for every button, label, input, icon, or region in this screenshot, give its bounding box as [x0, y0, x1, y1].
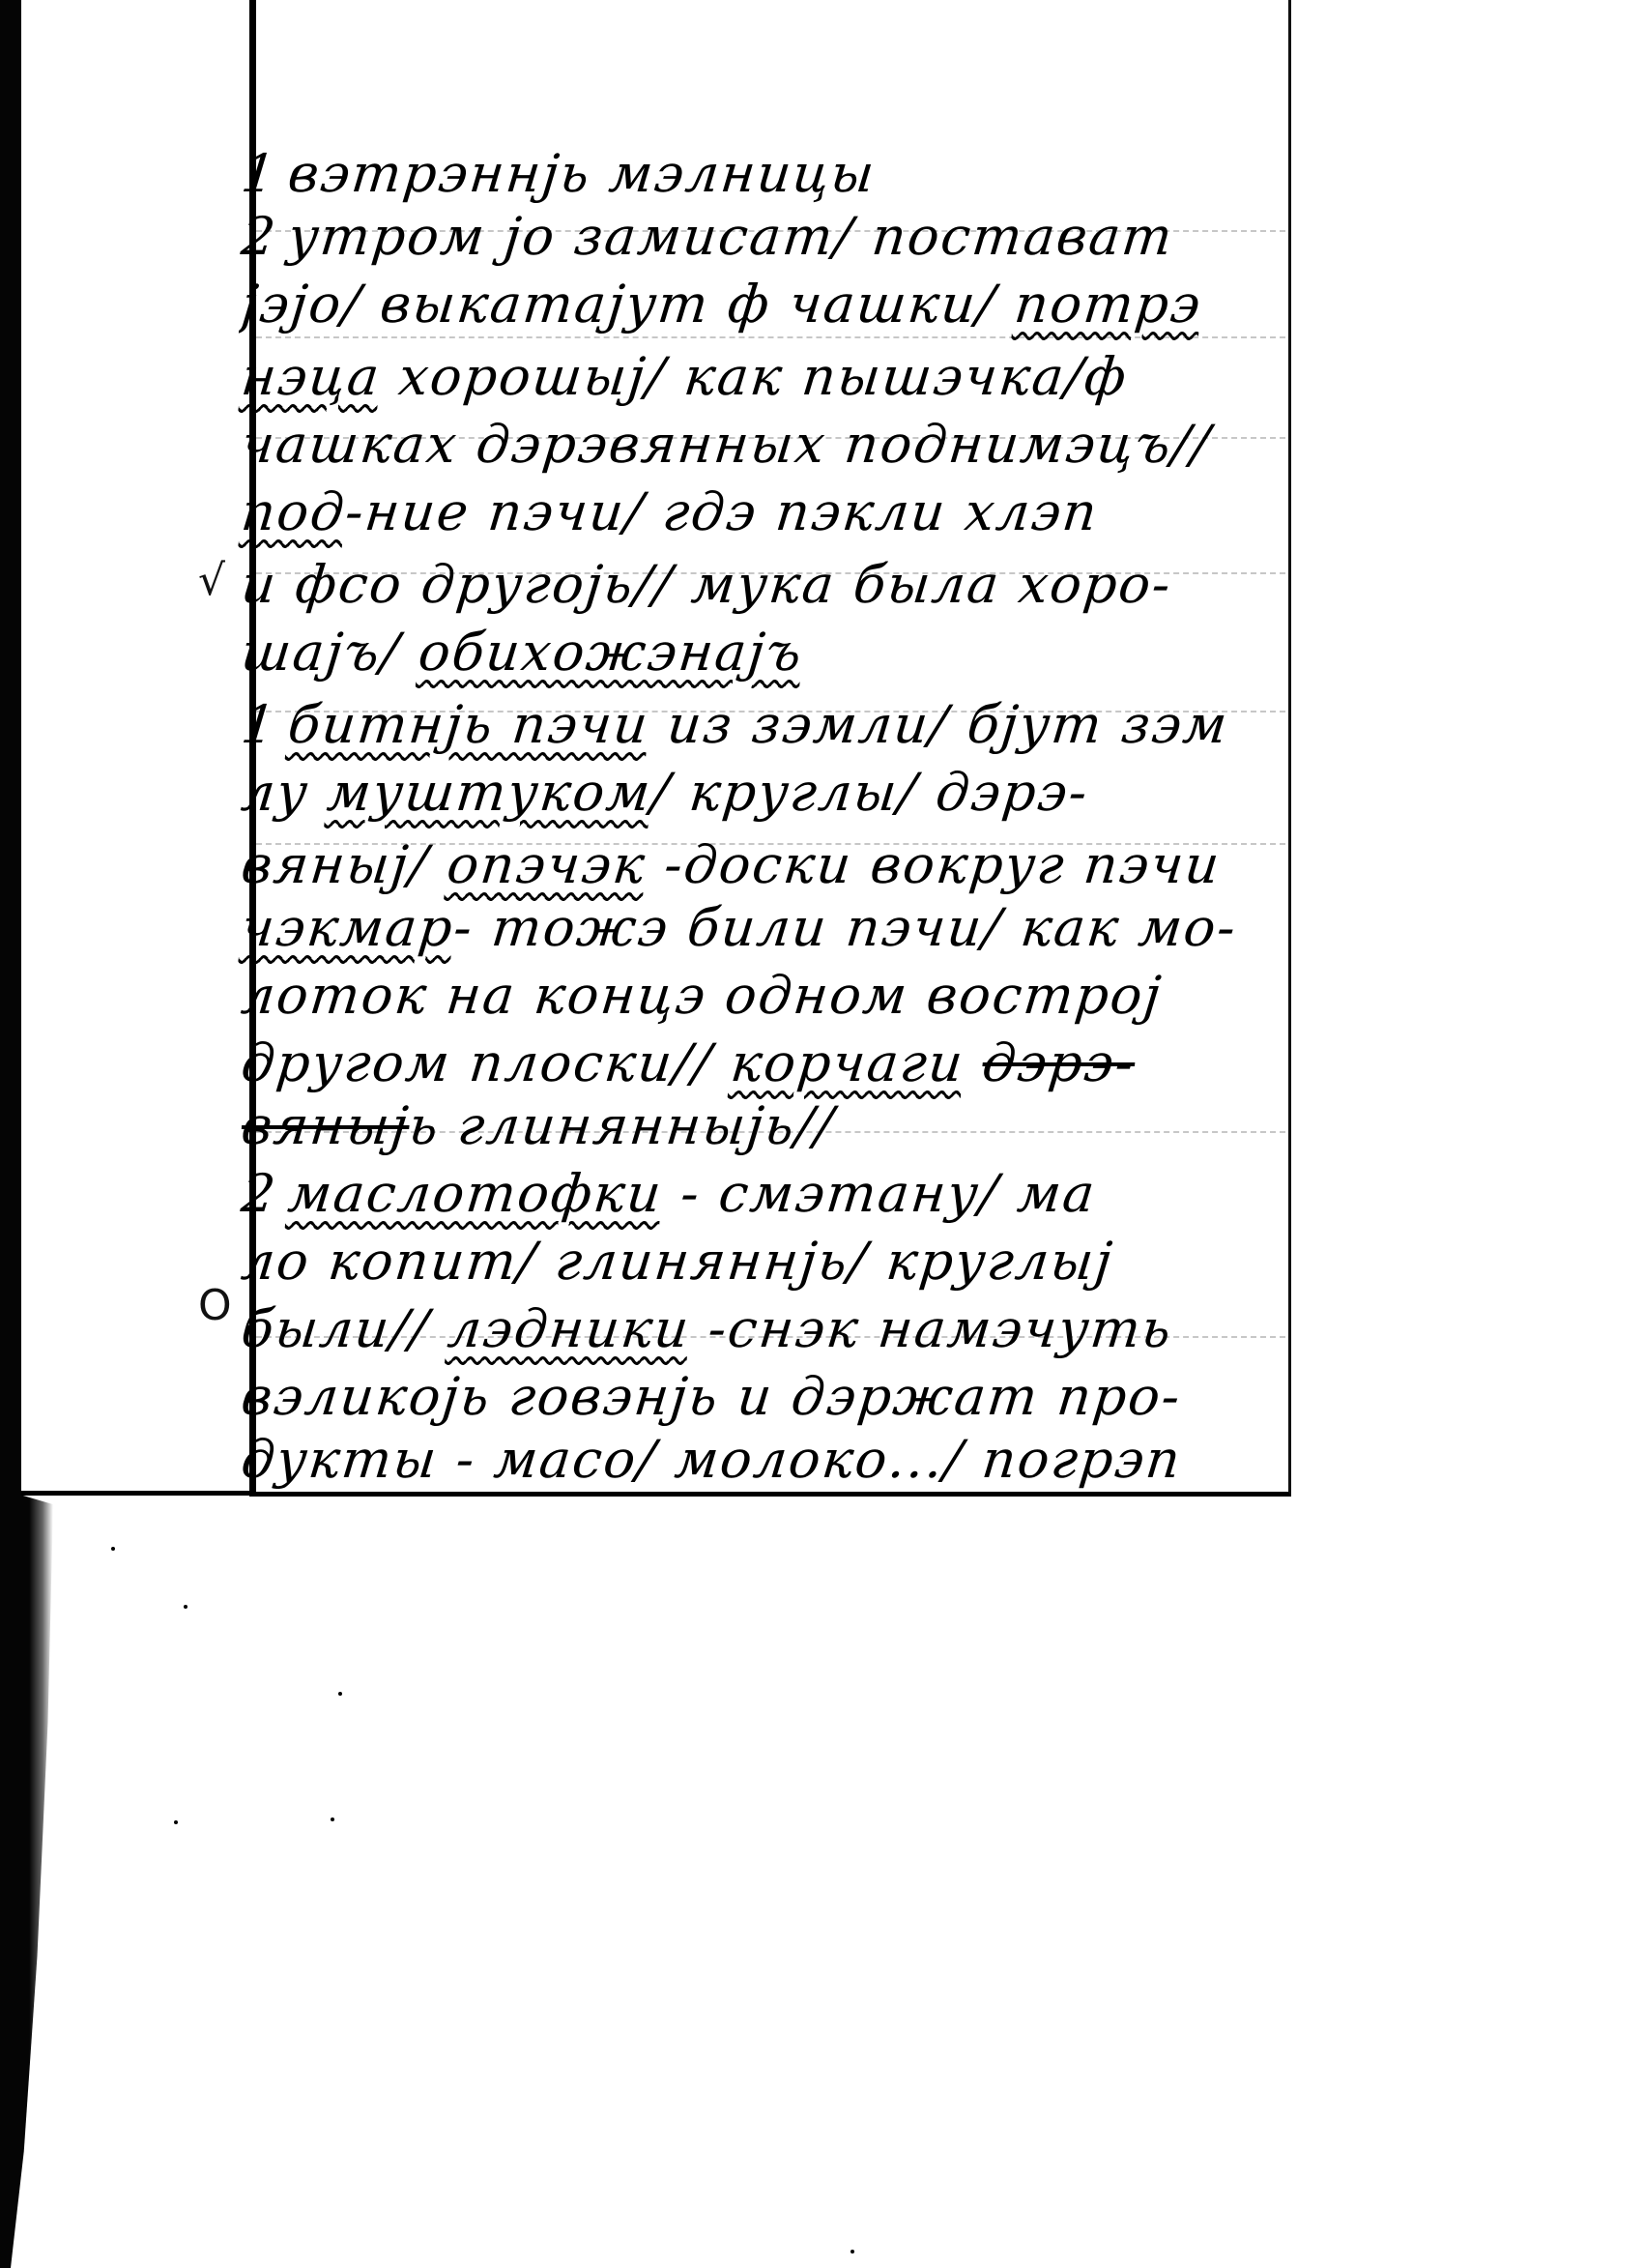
- text-segment: чашках дэрэвянных поднимэцъ//: [239, 414, 1215, 475]
- text-segment: дукты - масо/ молоко.../ погрэп: [239, 1429, 1185, 1490]
- text-line: ло копит/ глиняннјь/ круглыј: [238, 1223, 1299, 1300]
- underlined-term: нэца: [239, 346, 384, 407]
- scan-speck: [338, 1692, 342, 1696]
- text-segment: шајъ/: [239, 622, 422, 683]
- text-line: и фсо другојь// мука была хоро-: [238, 546, 1299, 624]
- underlined-term: обихожэнајъ: [416, 622, 806, 683]
- text-segment: и фсо другојь// мука была хоро-: [239, 554, 1175, 615]
- text-line: нэца хорошыј/ как пышэчка/ф: [238, 338, 1299, 416]
- scan-speck: [184, 1605, 187, 1609]
- underlined-term: потрэ: [1012, 274, 1205, 334]
- text-segment: - тожэ били пэчи/ как мо-: [450, 897, 1240, 958]
- text-segment: - смэтану/ ма: [659, 1163, 1099, 1224]
- text-line: под-ниe пэчи/ гдэ пэкли хлэп: [238, 474, 1299, 551]
- text-line: 2утром јо замисат/ постават: [238, 198, 1299, 276]
- text-segment: -доски вокруг пэчи: [643, 834, 1224, 895]
- struck-text: вяныј: [239, 1095, 413, 1156]
- underlined-term: под: [239, 481, 349, 542]
- text-segment: јэјо/ выкатајут ф чашки/: [239, 274, 1019, 334]
- underlined-term: маслотофки: [285, 1163, 666, 1224]
- text-line: чэкмар- тожэ били пэчи/ как мо-: [238, 889, 1299, 967]
- scan-edge-shadow: [0, 0, 21, 1508]
- item-number: 2: [239, 206, 280, 267]
- text-segment: лоток на концэ одном востроj: [239, 965, 1166, 1026]
- text-line: 1битнјь пэчи из зэмли/ бјут зэм: [238, 686, 1299, 764]
- text-line: чашках дэрэвянных поднимэцъ//: [238, 406, 1299, 483]
- text-line: 2маслотофки - смэтану/ ма: [238, 1155, 1299, 1233]
- text-segment: вэтрэннјь мэлницы: [285, 143, 879, 204]
- underlined-term: чэкмар: [239, 897, 457, 958]
- text-line: дукты - масо/ молоко.../ погрэп: [238, 1421, 1299, 1498]
- underlined-term: муштуком: [325, 762, 655, 823]
- text-segment: ло копит/ глиняннјь/ круглыј: [239, 1231, 1117, 1292]
- text-segment: другом плоски//: [239, 1032, 735, 1093]
- text-segment: ь глинянныјь//: [406, 1095, 838, 1156]
- text-segment: были//: [239, 1298, 451, 1359]
- text-line: лоток на концэ одном востроj: [238, 957, 1299, 1034]
- margin-checkmark: √: [198, 556, 225, 605]
- scan-edge-shadow-lower: [0, 1489, 53, 2268]
- underlined-term: опэчэк: [445, 834, 649, 895]
- underlined-term: лэдники: [445, 1298, 693, 1359]
- struck-text: дэрэ-: [979, 1032, 1138, 1093]
- text-segment: / круглы/ дэрэ-: [649, 762, 1092, 823]
- text-segment: -снэк намэчуть: [687, 1298, 1176, 1359]
- page-bottom-edge: [21, 1491, 253, 1496]
- text-segment: из зэмли/ бјут зэм: [646, 694, 1231, 755]
- text-line: јэјо/ выкатајут ф чашки/ потрэ: [238, 266, 1299, 343]
- text-segment: хорошыј/ как пышэчка/ф: [377, 346, 1131, 407]
- underlined-term: корчаги: [728, 1032, 967, 1093]
- text-segment: вэликојь говэнјь и дэржат про-: [239, 1366, 1185, 1427]
- scan-speck: [331, 1817, 334, 1821]
- text-line: шајъ/ обихожэнајъ: [238, 614, 1299, 691]
- text-segment: утром јо замисат/ постават: [285, 206, 1177, 267]
- margin-circle-mark: O: [198, 1281, 232, 1330]
- text-line: вяныјь глинянныјь//: [238, 1088, 1299, 1165]
- text-line: были// лэдники -снэк намэчуть: [238, 1291, 1299, 1368]
- scan-speck: [174, 1820, 178, 1824]
- item-number: 2: [239, 1163, 280, 1224]
- item-number: 1: [239, 143, 280, 204]
- underlined-term: битнјь пэчи: [285, 694, 652, 755]
- text-segment: вяныј/: [239, 834, 450, 895]
- text-segment: -ниe пэчи/ гдэ пэкли хлэп: [342, 481, 1101, 542]
- text-line: лу муштуком/ круглы/ дэрэ-: [238, 754, 1299, 831]
- item-number: 1: [239, 694, 280, 755]
- scan-speck: [111, 1547, 115, 1551]
- scan-speck: [850, 2250, 854, 2253]
- text-segment: лу: [239, 762, 331, 823]
